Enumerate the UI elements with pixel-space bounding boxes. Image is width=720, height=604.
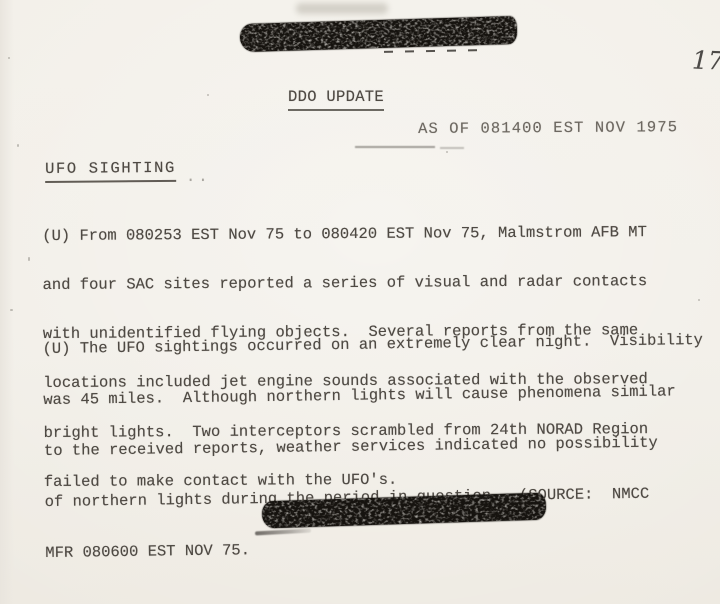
scanned-document-page: 17 DDO UPDATE AS OF 081400 EST NOV 1975 … [0, 0, 720, 604]
smudge-mark [355, 146, 435, 148]
scan-speck [698, 299, 700, 301]
redaction-underline-marks [384, 49, 481, 53]
scan-speck [28, 257, 30, 261]
text-line: to the received reports, weather service… [44, 434, 705, 460]
scan-speck [207, 94, 209, 96]
heading-trailing-marks: .. [186, 168, 211, 186]
faint-top-smudge [296, 3, 388, 14]
scan-speck [8, 57, 10, 59]
scan-speck [17, 144, 19, 147]
text-line: was 45 miles. Although northern lights w… [43, 383, 704, 409]
smudge-mark [440, 147, 464, 149]
text-line: and four SAC sites reported a series of … [43, 273, 648, 293]
text-line: (U) From 080253 EST Nov 75 to 080420 EST… [42, 224, 647, 244]
handwritten-page-number: 17 [692, 45, 720, 75]
paragraph-weather-conditions: (U) The UFO sightings occurred on an ext… [42, 298, 706, 596]
scan-speck [446, 151, 448, 153]
scan-speck [10, 309, 13, 311]
text-line: MFR 080600 EST NOV 75. [45, 536, 706, 562]
redaction-bar-top [240, 16, 518, 52]
document-title: DDO UPDATE [288, 88, 384, 111]
section-heading: UFO SIGHTING [45, 159, 176, 183]
as-of-date-line: AS OF 081400 EST NOV 1975 [418, 118, 678, 138]
text-line: (U) The UFO sightings occurred on an ext… [42, 332, 703, 358]
